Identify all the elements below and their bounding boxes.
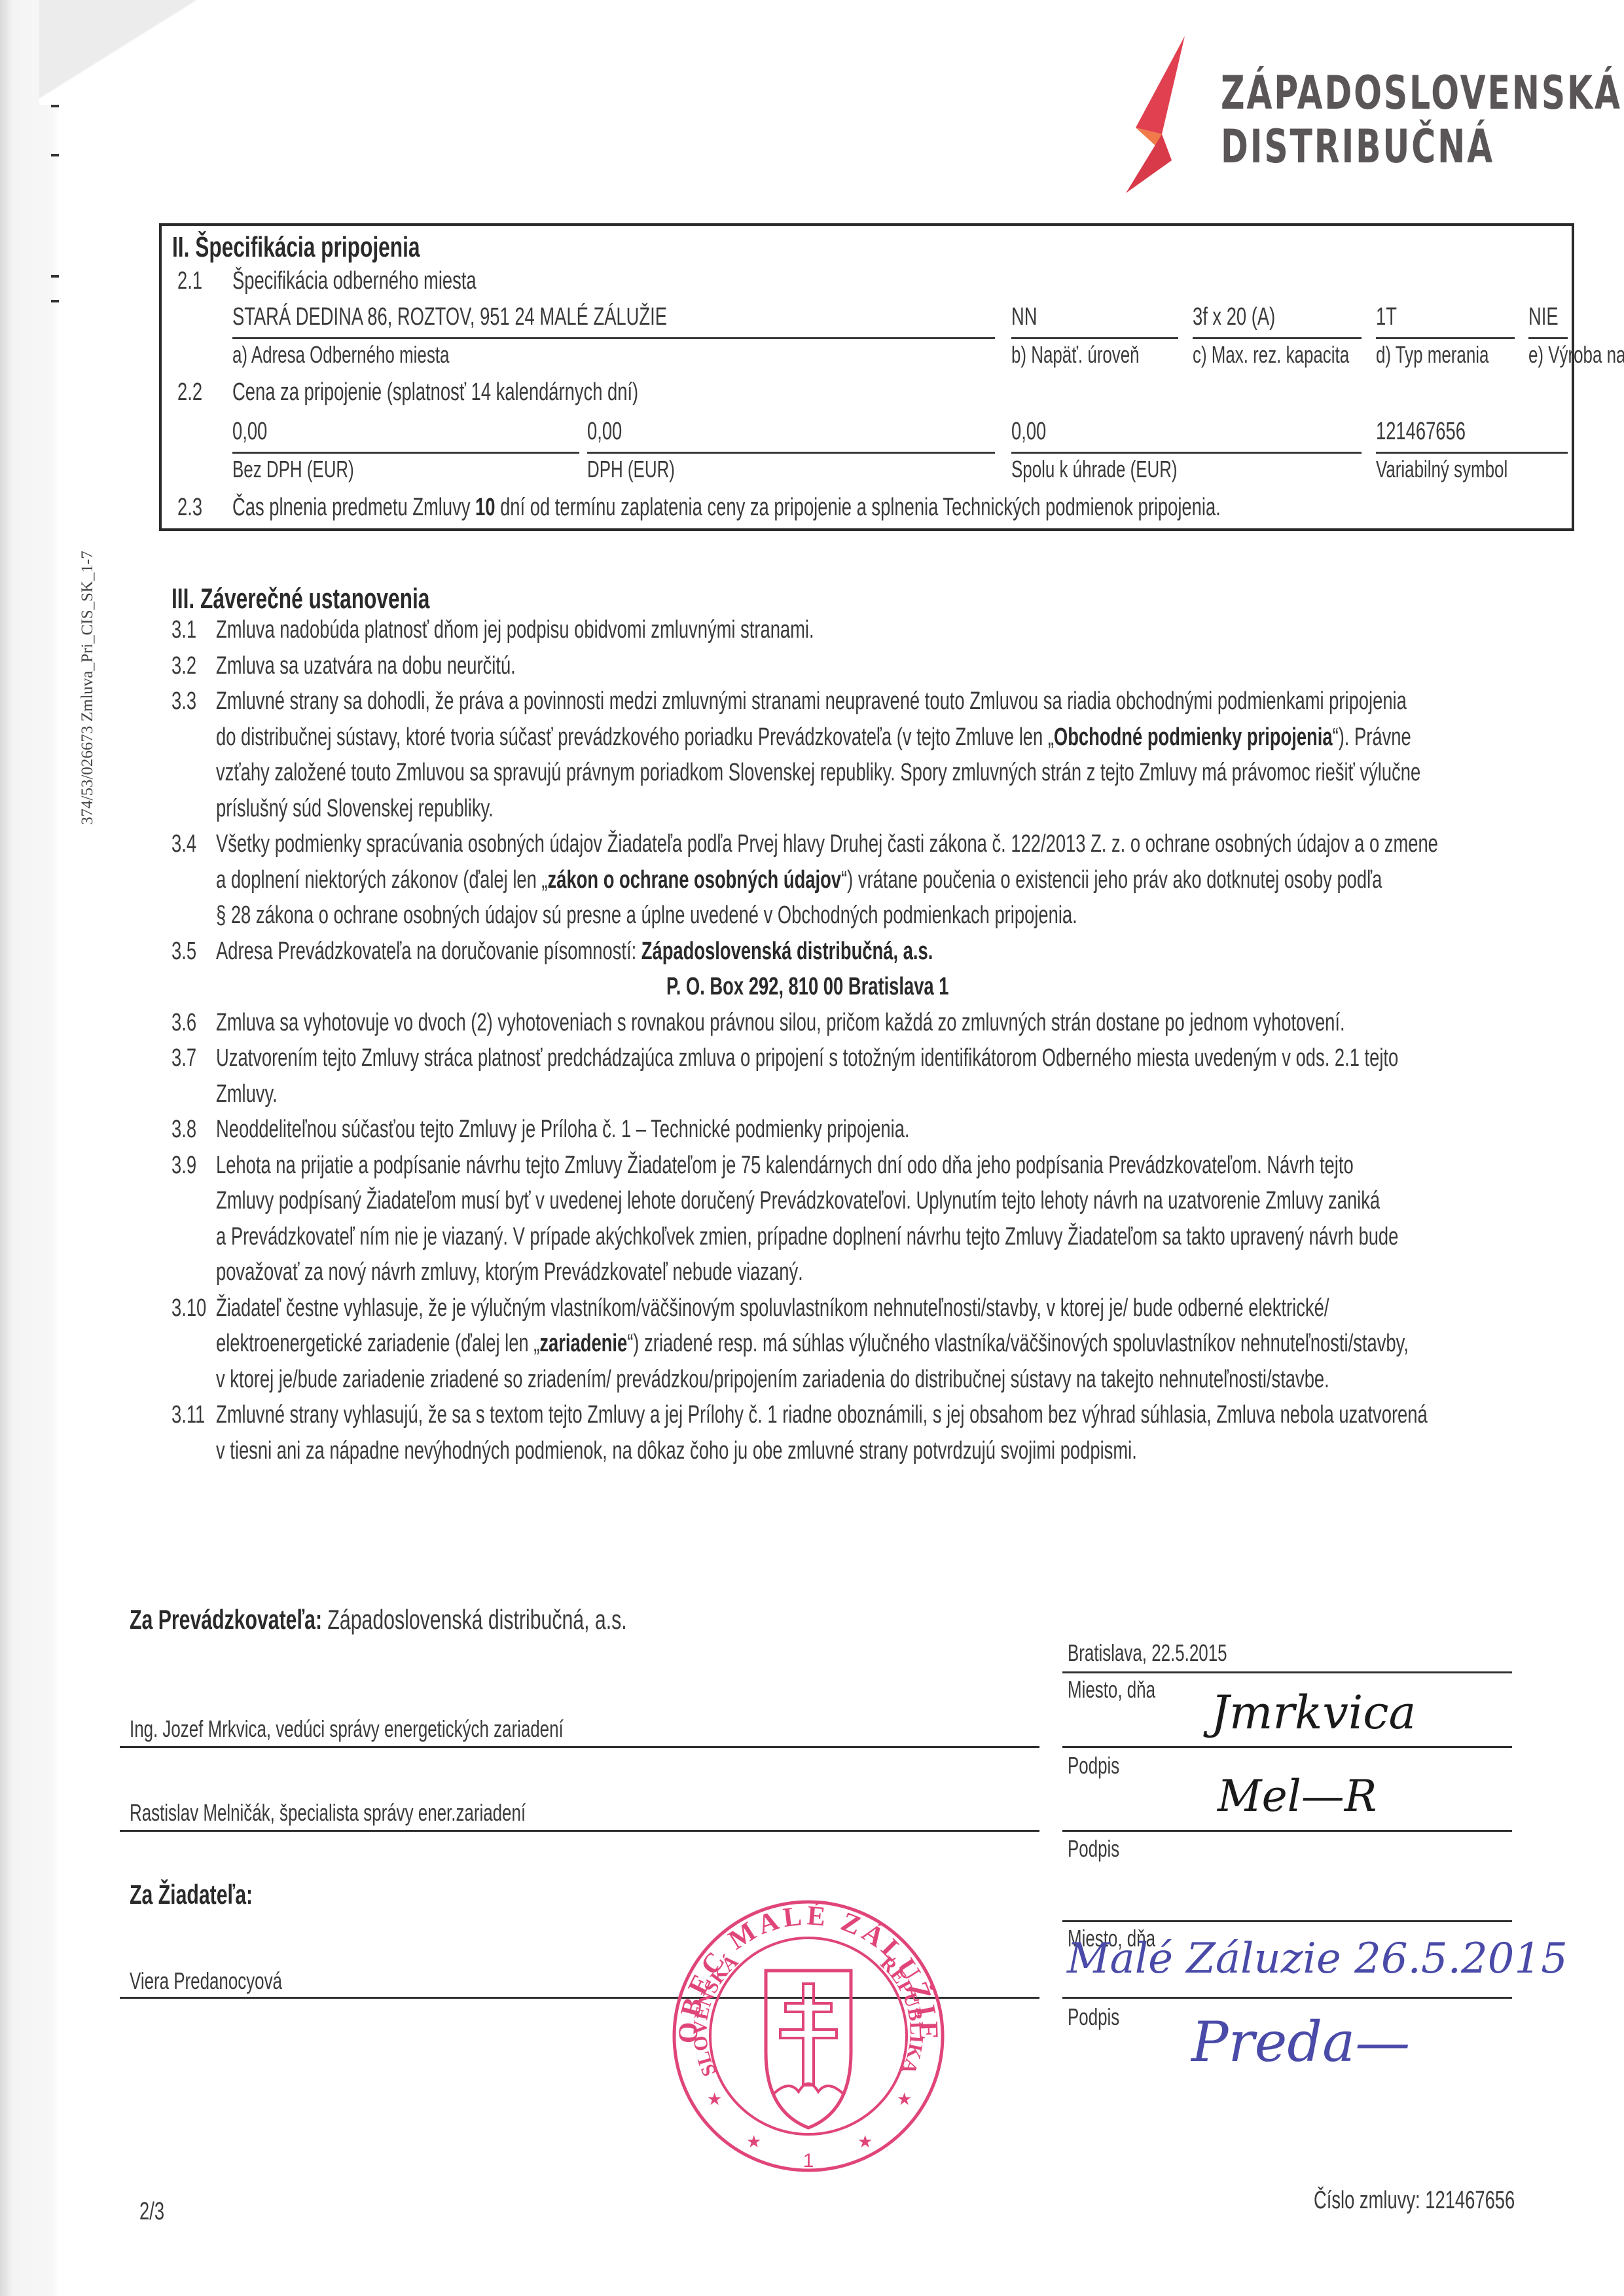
clause-number: 3.3 [171, 687, 206, 716]
field-underline [1528, 337, 1568, 339]
price-without-vat-caption: Bez DPH (EUR) [232, 456, 354, 483]
price-without-vat: 0,00 [232, 417, 267, 446]
svg-text:★: ★ [746, 2132, 761, 2151]
company-name: ZÁPADOSLOVENSKÁ DISTRIBUČNÁ [1221, 66, 1622, 173]
handwritten-signature-2: Mel—R [1218, 1771, 1377, 1821]
page-number: 2/3 [139, 2198, 174, 2226]
clause-number: 3.1 [171, 615, 206, 644]
section3-title: III. Záverečné ustanovenia [171, 583, 530, 615]
clause-number: 3.4 [171, 829, 206, 858]
clause-text-line: v ktorej je/bude zariadenie zriadené so … [216, 1365, 1624, 1394]
clause-text-line: Všetky podmienky spracúvania osobných úd… [216, 829, 1624, 858]
handwritten-signature-3: Preda— [1191, 2010, 1410, 2074]
clause-text-line: Adresa Prevádzkovateľa na doručovanie pí… [216, 937, 1212, 966]
generation-caption: e) Výroba na OM [1528, 341, 1624, 369]
punch-mark [51, 275, 59, 278]
variable-symbol-caption: Variabilný symbol [1376, 456, 1507, 483]
signatory-2-name: Rastislav Melničák, špecialista správy e… [130, 1799, 526, 1827]
field-underline [1011, 452, 1362, 454]
clause-number: 3.7 [171, 1044, 206, 1072]
vat-caption: DPH (EUR) [587, 456, 675, 483]
clause-text-line: Neoddeliteľnou súčasťou tejto Zmluvy je … [216, 1115, 1180, 1144]
signature-line [120, 1746, 1039, 1748]
svg-text:1: 1 [803, 2150, 814, 2172]
operator-signature-heading: Za Prevádzkovateľa: Západoslovenská dist… [130, 1604, 820, 1635]
clause-2-3-text: Čas plnenia predmetu Zmluvy 10 dní od te… [232, 493, 1605, 522]
place-date-caption: Miesto, dňa [1068, 1676, 1155, 1704]
clause-number: 3.9 [171, 1151, 206, 1180]
scan-edge [0, 0, 59, 2296]
official-stamp: OBEC MALÉ ZÁLUŽIE SLOVENSKÁ REPUBLIKA ★ … [668, 1895, 949, 2177]
signature-line [120, 1830, 1039, 1832]
metering-caption: d) Typ merania [1376, 341, 1489, 369]
handwritten-place-date: Malé Záluzie 26.5.2015 [1067, 1935, 1568, 1983]
clause-text-line: a Prevádzkovateľ ním nie je viazaný. V p… [216, 1222, 1624, 1251]
contract-number: Číslo zmluvy: 121467656 [1314, 2187, 1593, 2215]
clause-number: 2.3 [177, 493, 202, 522]
document-code: 374/53/026673 Zmluva_Pri_CIS_SK_1-7 [79, 551, 97, 825]
svg-text:★: ★ [897, 2089, 912, 2109]
signature-line [1062, 1671, 1512, 1673]
clause-text-line: Zmluvné strany sa dohodli, že práva a po… [216, 687, 1624, 716]
clause-text-line: považovať za nový návrh zmluvy, ktorým P… [216, 1258, 1031, 1286]
signatory-1-name: Ing. Jozef Mrkvica, vedúci správy energe… [130, 1715, 564, 1743]
total-due-caption: Spolu k úhrade (EUR) [1011, 456, 1178, 483]
address-value: STARÁ DEDINA 86, ROZTOV, 951 24 MALÉ ZÁL… [232, 302, 667, 331]
signature-line [1062, 1997, 1512, 1999]
clause-number: 3.6 [171, 1008, 206, 1037]
stamp-seal-icon: OBEC MALÉ ZÁLUŽIE SLOVENSKÁ REPUBLIKA ★ … [668, 1895, 949, 2177]
operator-place-date: Bratislava, 22.5.2015 [1068, 1639, 1227, 1667]
clause-label: Špecifikácia odberného miesta [232, 266, 477, 295]
field-underline [587, 452, 995, 454]
clause-label: Cena za pripojenie (splatnosť 14 kalendá… [232, 378, 638, 407]
generation-value: NIE [1528, 302, 1559, 331]
clause-text-line: vzťahy založené touto Zmluvou sa spravuj… [216, 758, 1624, 787]
signature-line [1062, 1746, 1512, 1748]
variable-symbol-value: 121467656 [1376, 417, 1466, 446]
clause-text-line: a doplnení niektorých zákonov (ďalej len… [216, 866, 1624, 894]
punch-mark [51, 300, 59, 302]
field-underline [232, 337, 995, 339]
clause-text-line: elektroenergetické zariadenie (ďalej len… [216, 1329, 1624, 1358]
voltage-caption: b) Napäť. úroveň [1011, 341, 1140, 369]
field-underline [1193, 337, 1362, 339]
clause-text-line: Uzatvorením tejto Zmluvy stráca platnosť… [216, 1044, 1624, 1072]
operator-label: Za Prevádzkovateľa: [130, 1604, 322, 1635]
signature-line [1062, 1920, 1512, 1922]
clause-text-line: v tiesni ani za nápadne nevýhodných podm… [216, 1436, 1495, 1465]
clause-text-line: § 28 zákona o ochrane osobných údajov sú… [216, 901, 1412, 930]
clause-text-line: Zmluva nadobúda platnosť dňom jej podpis… [216, 615, 1047, 644]
field-underline [1376, 452, 1568, 454]
signature-caption: Podpis [1068, 1835, 1119, 1863]
company-name-line2: DISTRIBUČNÁ [1221, 120, 1622, 173]
svg-text:★: ★ [857, 2132, 873, 2151]
clause-text-line: Zmluvné strany vyhlasujú, že sa s textom… [216, 1400, 1624, 1429]
clause-text-line: Žiadateľ čestne vyhlasuje, že je výlučný… [216, 1294, 1624, 1322]
field-underline [1376, 337, 1515, 339]
signature-line [1062, 1830, 1512, 1832]
clause-number: 3.10 [171, 1294, 220, 1322]
folded-corner [39, 0, 196, 105]
clause-text-line: príslušný súd Slovenskej republiky. [216, 794, 602, 823]
clause-text-line: do distribučnej sústavy, ktoré tvoria sú… [216, 723, 1624, 752]
clause-number: 2.1 [177, 266, 202, 295]
clause-number: 3.5 [171, 937, 206, 966]
clause-number: 3.8 [171, 1115, 206, 1144]
punch-mark [51, 105, 59, 107]
capacity-caption: c) Max. rez. kapacita [1193, 341, 1349, 369]
section2-title: II. Špecifikácia pripojenia [172, 231, 516, 264]
applicant-signature-heading: Za Žiadateľa: [130, 1879, 300, 1910]
vat-value: 0,00 [587, 417, 622, 446]
company-logo: ZÁPADOSLOVENSKÁ DISTRIBUČNÁ [1123, 29, 1607, 193]
svg-text:★: ★ [707, 2089, 722, 2109]
lightning-bolt-icon [1123, 29, 1201, 193]
company-name-line1: ZÁPADOSLOVENSKÁ [1221, 66, 1622, 120]
clause-number: 3.2 [171, 651, 206, 680]
operator-address-line2: P. O. Box 292, 810 00 Bratislava 1 [666, 972, 1058, 1001]
voltage-value: NN [1011, 302, 1038, 331]
signature-caption: Podpis [1068, 2003, 1119, 2031]
address-caption: a) Adresa Odberného miesta [232, 341, 449, 369]
field-underline [1011, 337, 1178, 339]
handwritten-signature-1: Jmrkvica [1211, 1686, 1416, 1740]
punch-mark [51, 154, 59, 156]
applicant-name: Viera Predanocyová [130, 1967, 282, 1995]
total-due-value: 0,00 [1011, 417, 1046, 446]
connection-spec-box: II. Špecifikácia pripojenia 2.1 Špecifik… [159, 223, 1574, 531]
clause-number: 2.2 [177, 378, 202, 407]
clause-text-line: Zmluva sa uzatvára na dobu neurčitú. [216, 651, 632, 680]
clause-text-line: Zmluvy. [216, 1080, 301, 1108]
clause-text-line: Lehota na prijatie a podpísanie návrhu t… [216, 1151, 1624, 1180]
capacity-value: 3f x 20 (A) [1193, 302, 1275, 331]
operator-name: Západoslovenská distribučná, a.s. [327, 1604, 626, 1635]
signature-caption: Podpis [1068, 1752, 1119, 1779]
metering-value: 1T [1376, 302, 1397, 331]
field-underline [232, 452, 579, 454]
clause-text-line: Zmluvy podpísaný Žiadateľom musí byť v u… [216, 1186, 1624, 1215]
clause-number: 3.11 [171, 1400, 218, 1429]
clause-text-line: Zmluva sa vyhotovuje vo dvoch (2) vyhoto… [216, 1008, 1624, 1037]
